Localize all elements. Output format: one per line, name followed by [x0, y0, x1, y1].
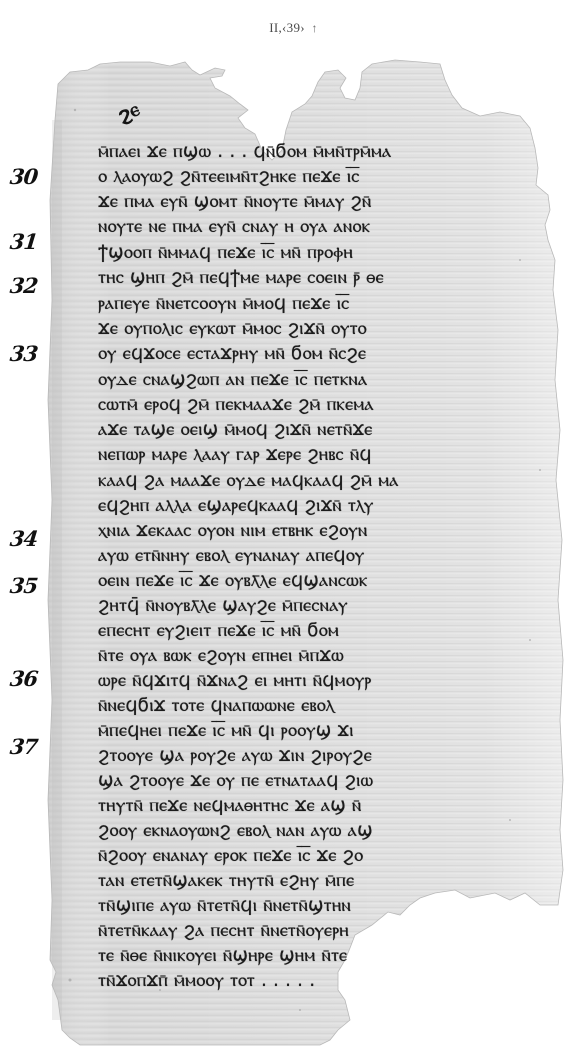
manuscript-line: ⲧⲛ̄ϣⲓⲡⲉ ⲁⲩⲱ ⲛ̄ⲧⲉⲧⲛ̄ϥⲓ ⲛ̄ⲛⲉⲧⲛ̄ϣⲧⲏⲛ [98, 894, 498, 918]
manuscript-line: ϩⲟⲟⲩ ⲉⲕⲛⲁⲟⲩⲱⲛϩ ⲉⲃⲟⲗ ⲛⲁⲛ ⲁⲩⲱ ⲁϣ [98, 819, 498, 843]
saying-number-33: 33 [9, 341, 39, 366]
manuscript-line: ⲟⲉⲓⲛ ⲡⲉϫⲉ ⲓ̅ⲥ̅ ϫⲉ ⲟⲩⲃⲗ̄ⲗⲉ ⲉϥϣⲁⲛⲥⲱⲕ [98, 569, 498, 593]
manuscript-line: ⲛⲟⲩⲧⲉ ⲛⲉ ⲡⲙⲁ ⲉⲩⲛ̄ ⲥⲛⲁⲩ ⲏ ⲟⲩⲁ ⲁⲛⲟⲕ [98, 215, 498, 239]
manuscript-line: ⲛⲉⲡⲱⲣ ⲙⲁⲣⲉ ⲗⲁⲁⲩ ⲅⲁⲣ ϫⲉⲣⲉ ϩⲏⲃⲥ ⲛ̄ϥ [98, 443, 498, 467]
manuscript-line: ⲧⲏⲥ ϣⲏⲡ ϩⲙ̄ ⲡⲉϥϯⲙⲉ ⲙⲁⲣⲉ ⲥⲟⲉⲓⲛ ⲣ̄ ⲑⲉ [98, 266, 498, 290]
manuscript-line: ⲛ̄ⲧⲉ ⲟⲩⲁ ⲃⲱⲕ ⲉϩⲟⲩⲛ ⲉⲡⲏⲉⲓ ⲙ̄ⲡϫⲱ [98, 644, 498, 668]
manuscript-line: ⲟ ⲗⲁⲟⲩⲱϩ ϩⲛ̄ⲧⲉⲉⲓⲙⲛ̄ⲧϩⲏⲕⲉ ⲡⲉϫⲉ ⲓ̅ⲥ̅ [98, 165, 498, 189]
manuscript-line: ⲣⲁⲡⲉⲩⲉ ⲛ̄ⲛⲉⲧⲥⲟⲟⲩⲛ ⲙ̄ⲙⲟϥ ⲡⲉϫⲉ ⲓ̅ⲥ̅ [98, 292, 498, 316]
manuscript-line: ϣⲁ ϩⲧⲟⲟⲩⲉ ϫⲉ ⲟⲩ ⲡⲉ ⲉⲧⲛⲁⲧⲁⲁϥ ϩⲓⲱ [98, 769, 498, 793]
manuscript-line: ⲧⲏⲩⲧⲛ̄ ⲡⲉϫⲉ ⲛⲉϥⲙⲁⲑⲏⲧⲏⲥ ϫⲉ ⲁϣ ⲛ̄ [98, 794, 498, 818]
manuscript-line: ϯϣⲟⲟⲡ ⲛ̄ⲙⲙⲁϥ ⲡⲉϫⲉ ⲓ̅ⲥ̅ ⲙⲛ̄ ⲡⲣⲟⲫⲏ [98, 241, 498, 265]
saying-number-32: 32 [9, 273, 39, 298]
manuscript-line: ⲛ̄ϩⲟⲟⲩ ⲉⲛⲁⲛⲁⲩ ⲉⲣⲟⲕ ⲡⲉϫⲉ ⲓ̅ⲥ̅ ϫⲉ ϩⲟ [98, 844, 498, 868]
saying-number-34: 34 [9, 526, 39, 551]
manuscript-line: ⲉϥϩⲏⲡ ⲁⲗⲗⲁ ⲉϣⲁⲣⲉϥⲕⲁⲁϥ ϩⲓϫⲛ̄ ⲧⲗⲩ [98, 494, 498, 518]
manuscript-line: ⲛ̄ⲛⲉϥϭⲓϫ ⲧⲟⲧⲉ ϥⲛⲁⲡⲱⲱⲛⲉ ⲉⲃⲟⲗ [98, 694, 498, 718]
manuscript-line: ⲧⲛ̄ϫⲟⲡϫⲡ̄ ⲙ̄ⲙⲟⲟⲩ ⲧⲟⲧ . . . . . [98, 969, 368, 993]
manuscript-line: ⲟⲩ ⲉϥϫⲟⲥⲉ ⲉⲥⲧⲁϫⲣⲏⲩ ⲙⲛ̄ ϭⲟⲙ ⲛ̄ⲥϩⲉ [98, 342, 498, 366]
manuscript-line: ⲱⲣⲉ ⲛ̄ϥϫⲓⲧϥ ⲛ̄ϫⲛⲁϩ ⲉⲓ ⲙⲏⲧⲓ ⲛ̄ϥⲙⲟⲩⲣ [98, 669, 498, 693]
saying-number-30: 30 [9, 164, 39, 189]
saying-number-37: 37 [9, 734, 39, 759]
manuscript-line: ϩⲏⲧϥ̄ ⲛ̄ⲛⲟⲩⲃⲗ̄ⲗⲉ ϣⲁⲩϩⲉ ⲙ̄ⲡⲉⲥⲛⲁⲩ [98, 594, 498, 618]
manuscript-line: ⲧⲁⲛ ⲉⲧⲉⲧⲛ̄ϣⲁⲕⲉⲕ ⲧⲏⲩⲧⲛ̄ ⲉϩⲏⲩ ⲙ̄ⲡⲉ [98, 869, 498, 893]
manuscript-line: ⲉⲡⲉⲥⲏⲧ ⲉⲩϩⲓⲉⲓⲧ ⲡⲉϫⲉ ⲓ̅ⲥ̅ ⲙⲛ̄ ϭⲟⲙ [98, 619, 498, 643]
saying-number-36: 36 [9, 666, 39, 691]
manuscript-line: ϫⲉ ⲟⲩⲡⲟⲗⲓⲥ ⲉⲩⲕⲱⲧ ⲙ̄ⲙⲟⲥ ϩⲓϫⲛ̄ ⲟⲩⲧⲟ [98, 317, 498, 341]
saying-number-31: 31 [9, 229, 39, 254]
manuscript-line: ϫⲉ ⲡⲙⲁ ⲉⲩⲛ̄ ϣⲟⲙⲧ ⲛ̄ⲛⲟⲩⲧⲉ ⲙ̄ⲙⲁⲩ ϩⲛ̄ [98, 190, 498, 214]
manuscript-line: ⲙ̄ⲡⲉϥⲏⲉⲓ ⲡⲉϫⲉ ⲓ̅ⲥ̅ ⲙⲛ̄ ϥⲓ ⲣⲟⲟⲩϣ ϫⲓ [98, 719, 498, 743]
manuscript-line: ⲁϫⲉ ⲧⲁϣⲉ ⲟⲉⲓϣ ⲙ̄ⲙⲟϥ ϩⲓϫⲛ̄ ⲛⲉⲧⲛ̄ϫⲉ [98, 418, 498, 442]
manuscript-line: ⲕⲁⲁϥ ϩⲁ ⲙⲁⲁϫⲉ ⲟⲩⲇⲉ ⲙⲁϥⲕⲁⲁϥ ϩⲙ̄ ⲙⲁ [98, 469, 498, 493]
manuscript-line: ⲧⲉ ⲛ̄ⲑⲉ ⲛ̄ⲛⲓⲕⲟⲩⲉⲓ ⲛ̄ϣⲏⲣⲉ ϣⲏⲙ ⲛ̄ⲧⲉ [98, 944, 498, 968]
manuscript-line: ⲥⲱⲧⲙ̄ ⲉⲣⲟϥ ϩⲙ̄ ⲡⲉⲕⲙⲁⲁϫⲉ ϩⲙ̄ ⲡⲕⲉⲙⲁ [98, 393, 498, 417]
manuscript-line: ⲁⲩⲱ ⲉⲧⲛ̄ⲛⲏⲩ ⲉⲃⲟⲗ ⲉⲩⲛⲁⲛⲁⲩ ⲁⲡⲉϥⲟⲩ [98, 544, 498, 568]
manuscript-line: ϩⲧⲟⲟⲩⲉ ϣⲁ ⲣⲟⲩϩⲉ ⲁⲩⲱ ϫⲓⲛ ϩⲓⲣⲟⲩϩⲉ [98, 744, 498, 768]
manuscript-line: ⲙ̄ⲡⲁⲉⲓ ϫⲉ ⲡϣⲱ . . . ϥⲛ̄ϭⲟⲙ ⲙ̄ⲙⲛ̄ⲧⲣⲙ̄ⲙⲁ [98, 140, 498, 164]
saying-number-35: 35 [9, 573, 39, 598]
manuscript-line: ⲛ̄ⲧⲉⲧⲛ̄ⲕⲁⲁⲩ ϩⲁ ⲡⲉⲥⲏⲧ ⲛ̄ⲛⲉⲧⲛ̄ⲟⲩⲉⲣⲏ [98, 919, 498, 943]
manuscript-line: ⲭⲛⲓⲁ ϫⲉⲕⲁⲁⲥ ⲟⲩⲟⲛ ⲛⲓⲙ ⲉⲧⲃⲏⲕ ⲉϩⲟⲩⲛ [98, 519, 498, 543]
manuscript-line: ⲟⲩⲇⲉ ⲥⲛⲁϣϩⲱⲡ ⲁⲛ ⲡⲉϫⲉ ⲓ̅ⲥ̅ ⲡⲉⲧⲕⲛⲁ [98, 368, 498, 392]
